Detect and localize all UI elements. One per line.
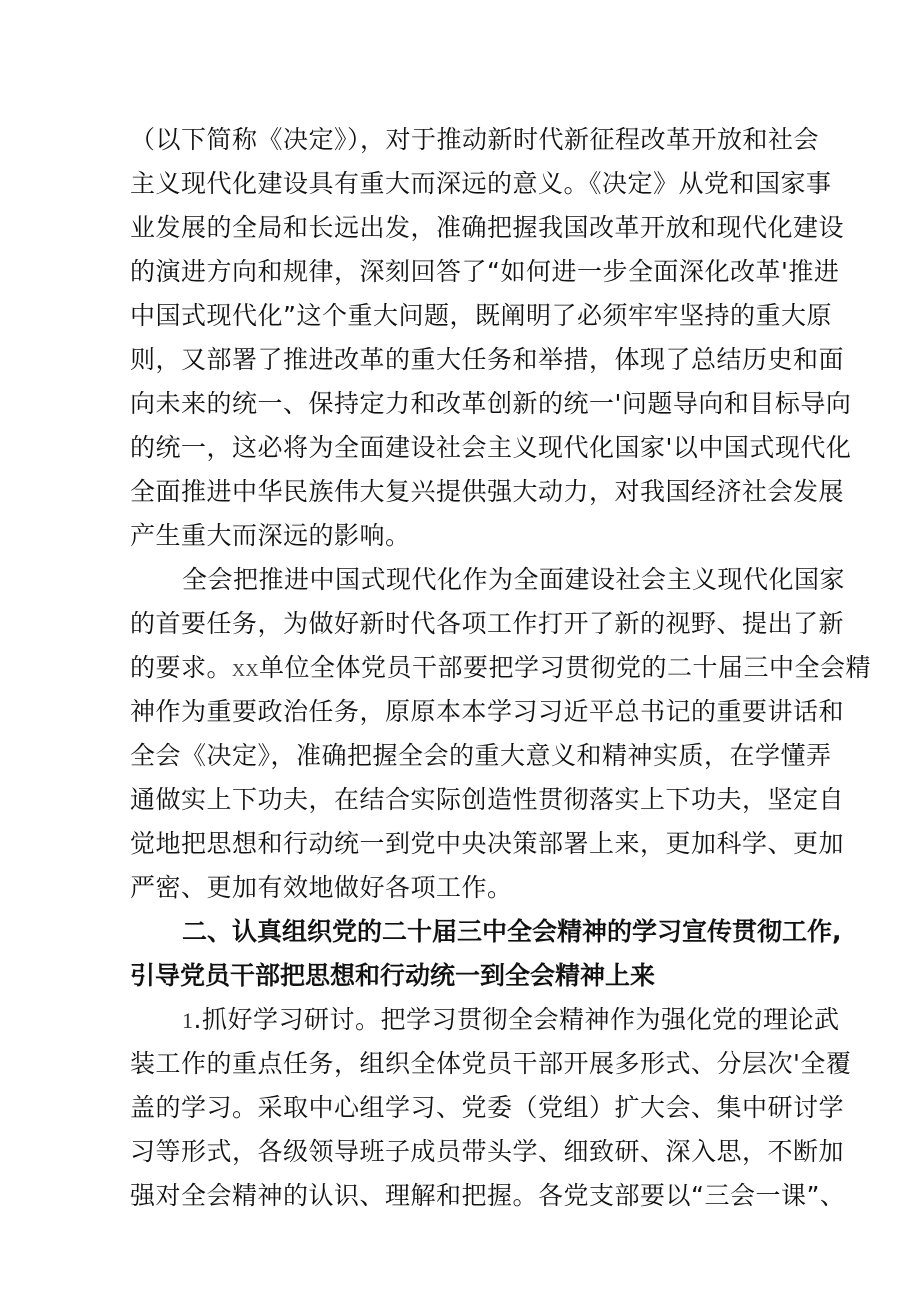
text-line: 则，又部署了推进改革的重大任务和举措，体现了总结历史和面 (130, 338, 785, 382)
text-line: 中国式现代化”这个重大问题，既阐明了必须牢牢坚持的重大原 (130, 294, 785, 338)
text-line: 强对全会精神的认识、理解和把握。各党支部要以“三会一课”、 (130, 1174, 785, 1218)
document-page: （以下简称《决定》），对于推动新时代新征程改革开放和社会 主义现代化建设具有重大… (130, 118, 785, 1218)
unit-placeholder: XX (232, 660, 259, 680)
item-number: 1 (182, 1008, 194, 1033)
text-line: 主义现代化建设具有重大而深远的意义。《决定》从党和国家事 (130, 162, 785, 206)
text-segment: .抓好学习研讨。把学习贯彻全会精神作为强化党的理论武 (194, 1005, 840, 1034)
paragraph-study-discussion: 1.抓好学习研讨。把学习贯彻全会精神作为强化党的理论武 装工作的重点任务，组织全… (130, 998, 785, 1218)
text-line: 觉地把思想和行动统一到党中央决策部署上来，更加科学、更加 (130, 822, 785, 866)
section-heading-two: 二、认真组织党的二十届三中全会精神的学习宣传贯彻工作, 引导党员干部把思想和行动… (130, 910, 785, 998)
text-line: 全面推进中华民族伟大复兴提供强大动力，对我国经济社会发展 (130, 470, 785, 514)
text-line: 严密、更加有效地做好各项工作。 (130, 866, 785, 910)
heading-line: 二、认真组织党的二十届三中全会精神的学习宣传贯彻工作, (130, 910, 785, 954)
text-line: 的要求。XX单位全体党员干部要把学习贯彻党的二十届三中全会精 (130, 646, 785, 690)
text-line: 的演进方向和规律，深刻回答了“如何进一步全面深化改革'推进 (130, 250, 785, 294)
paragraph-plenary-tasks: 全会把推进中国式现代化作为全面建设社会主义现代化国家 的首要任务，为做好新时代各… (130, 558, 785, 910)
text-line: 全会把推进中国式现代化作为全面建设社会主义现代化国家 (130, 558, 785, 602)
text-line: 向未来的统一、保持定力和改革创新的统一'问题导向和目标导向 (130, 382, 785, 426)
text-line: 产生重大而深远的影响。 (130, 514, 785, 558)
text-line: 装工作的重点任务，组织全体党员干部开展多形式、分层次'全覆 (130, 1042, 785, 1086)
text-line: 的首要任务，为做好新时代各项工作打开了新的视野、提出了新 (130, 602, 785, 646)
paragraph-decision-significance: （以下简称《决定》），对于推动新时代新征程改革开放和社会 主义现代化建设具有重大… (130, 118, 785, 558)
text-line: 1.抓好学习研讨。把学习贯彻全会精神作为强化党的理论武 (130, 998, 785, 1042)
text-line: 习等形式，各级领导班子成员带头学、细致研、深入思，不断加 (130, 1130, 785, 1174)
text-line: 业发展的全局和长远出发，准确把握我国改革开放和现代化建设 (130, 206, 785, 250)
text-line: 全会《决定》，准确把握全会的重大意义和精神实质，在学懂弄 (130, 734, 785, 778)
text-segment: 的要求。 (130, 653, 232, 682)
heading-line: 引导党员干部把思想和行动统一到全会精神上来 (130, 954, 785, 998)
text-segment: 单位全体党员干部要把学习贯彻党的二十届三中全会精 (259, 653, 871, 682)
text-line: 的统一，这必将为全面建设社会主义现代化国家'以中国式现代化 (130, 426, 785, 470)
text-line: （以下简称《决定》），对于推动新时代新征程改革开放和社会 (130, 118, 785, 162)
text-line: 神作为重要政治任务，原原本本学习习近平总书记的重要讲话和 (130, 690, 785, 734)
text-line: 盖的学习。采取中心组学习、党委（党组）扩大会、集中研讨学 (130, 1086, 785, 1130)
text-line: 通做实上下功夫，在结合实际创造性贯彻落实上下功夫，坚定自 (130, 778, 785, 822)
